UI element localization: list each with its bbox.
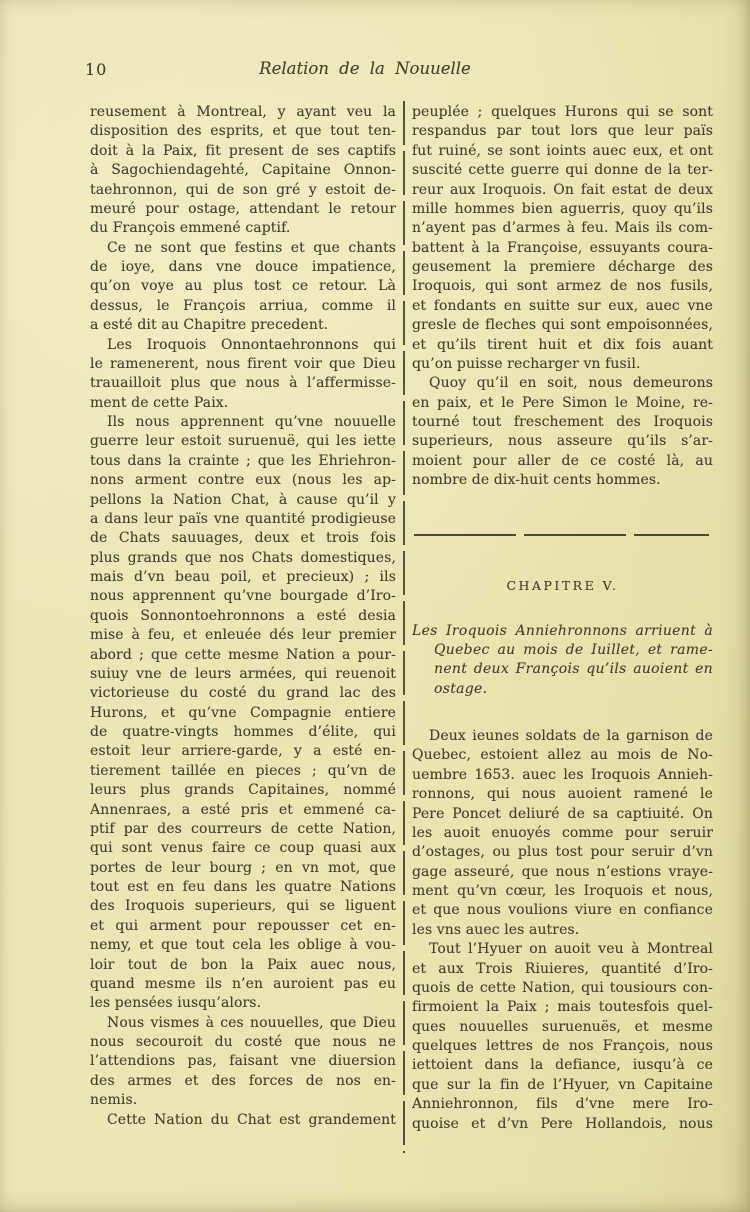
text-line: du François emmené captif. [90,219,396,238]
text-line: Les Iroquois Onnontaehronnons qui [90,336,396,355]
text-line: doit à la Paix, fit present de ses capti… [90,142,396,161]
text-line: tierement taillée en pieces ; qu’vn de [90,762,396,781]
text-line: mille hommes bien aguerris, quoy qu’ils [412,200,713,219]
text-line: tous dans la crainte ; que les Ehriehron… [90,452,396,471]
chapter-heading: Les Iroquois Anniehronnons arriuent àQue… [412,622,713,700]
text-line: Cette Nation du Chat est grandement [90,1111,396,1130]
right-column-top-text: peuplée ; quelques Hurons qui se sontres… [412,103,713,491]
text-line: ronnons, qui nous auoient ramené le [412,785,713,804]
text-line: Ils nous apprennent qu’vne nouuelle [90,413,396,432]
text-line: Iroquois, qui sont armez de nos fusils, [412,277,713,296]
text-line: à Sagochiendagehté, Capitaine Onnon- [90,161,396,180]
text-line: les vns auec les autres. [412,921,713,940]
text-line: victorieuse du costé du grand lac des [90,684,396,703]
text-line: qu’on voye au plus tost ce retour. Là [90,277,396,296]
text-line: Nous vismes à ces nouuelles, que Dieu [90,1014,396,1033]
text-line: les auoit enuoyés comme pour seruir [412,824,713,843]
text-line: gresle de fleches qui sont empoisonnées, [412,316,713,335]
text-line: ptif par des courreurs de cette Nation, [90,820,396,839]
text-line: fut ruiné, se sont ioints auec eux, et o… [412,142,713,161]
text-line: estoit leur arriere-garde, y a esté en- [90,742,396,761]
text-line: nous apprennent qu’vne bourgade d’Iro- [90,587,396,606]
right-column: peuplée ; quelques Hurons qui se sontres… [412,103,713,1134]
text-line: et qu’ils tirent huit et dix fois auant [412,336,713,355]
text-line: loir tout de bon la Paix auec nous, [90,956,396,975]
text-line: nombre de dix-huit cents hommes. [412,471,713,490]
text-line: Deux ieunes soldats de la garnison de [412,727,713,746]
text-line: Tout l’Hyuer on auoit veu à Montreal [412,940,713,959]
text-line: abord ; que cette mesme Nation a pour- [90,646,396,665]
text-line: ment qu’vn cœur, les Iroquois et nous, [412,882,713,901]
text-line: le ramenerent, nous firent voir que Dieu [90,355,396,374]
text-line: mais d’vn beau poil, et precieux) ; ils [90,568,396,587]
text-line: moient pour aller de ce costé là, au [412,452,713,471]
text-line: en paix, et le Pere Simon le Moine, re- [412,394,713,413]
text-line: et que nous voulions viure en confiance [412,901,713,920]
text-line: tourné tout freschement des Iroquois [412,413,713,432]
text-line: reusement à Montreal, y ayant veu la [90,103,396,122]
book-page-scan: 10 Relation de la Nouuelle reusement à M… [0,0,750,1212]
text-line: meuré pour ostage, attendant le retour [90,200,396,219]
text-line: gage asseuré, que nous n’estions vraye- [412,863,713,882]
column-divider-rule [403,101,405,1153]
chapter-label: CHAPITRE V. [412,578,713,593]
text-line: trauailloit plus que nous à l’affermisse… [90,374,396,393]
text-line: nemy, et que tout cela les oblige à vou- [90,936,396,955]
text-line: Les Iroquois Anniehronnons arriuent à [412,622,713,641]
text-line: et qui arment pour repousser cet en- [90,917,396,936]
text-line: quand mesme ils n’en auroient pas eu [90,975,396,994]
text-line: l’attendions pas, faisant vne diuersion [90,1052,396,1071]
text-line: firmoient la Paix ; mais toutesfois quel… [412,998,713,1017]
text-line: tout est en feu dans les quatre Nations [90,878,396,897]
text-line: uembre 1653. auec les Iroquois Annieh- [412,766,713,785]
text-line: ostage. [412,680,713,699]
text-line: que sur la fin de l’Hyuer, vn Capitaine [412,1076,713,1095]
text-line: mise à feu, et enleuée dés leur premier [90,626,396,645]
text-line: Quebec au mois de Iuillet, et rame- [412,641,713,660]
running-title: Relation de la Nouuelle [150,59,580,78]
text-line: dessus, le François arriua, comme il [90,297,396,316]
text-line: iettoient dans la defiance, iusqu’à ce [412,1056,713,1075]
text-line: Quebec, estoient allez au mois de No- [412,746,713,765]
text-line: qui sont venus faire ce coup quasi aux [90,839,396,858]
text-line: des Iroquois superieurs, qui se liguent [90,897,396,916]
text-line: suiuy vne de leurs armées, qui reuenoit [90,665,396,684]
text-line: superieurs, nous asseure qu’ils s’ar- [412,432,713,451]
text-line: leurs plus grands Capitaines, nommé [90,781,396,800]
text-line: reur aux Iroquois. On fait estat de deux [412,181,713,200]
text-line: nous secouroit du costé que nous ne [90,1033,396,1052]
text-line: n’ayent pas d’armes à feu. Mais ils com- [412,219,713,238]
text-line: battent à la Françoise, essuyants coura- [412,239,713,258]
text-line: quois Sonnontoehronnons a esté desia [90,607,396,626]
text-line: des armes et des forces de nos en- [90,1072,396,1091]
text-line: a dans leur païs vne quantité prodigieus… [90,510,396,529]
text-line: peuplée ; quelques Hurons qui se sont [412,103,713,122]
chapter-body-text: Deux ieunes soldats de la garnison deQue… [412,727,713,1134]
text-line: de quatre-vingts hommes d’élite, qui [90,723,396,742]
text-line: d’ostages, ou plus tost pour seruir d’vn [412,843,713,862]
text-line: suscité cette guerre qui donne de la ter… [412,161,713,180]
text-line: Anniehronnon, fils d’vne mere Iro- [412,1095,713,1114]
text-line: nemis. [90,1091,396,1110]
text-line: ment de cette Paix. [90,394,396,413]
left-column: reusement à Montreal, y ayant veu ladisp… [90,103,396,1130]
text-line: nent deux François qu’ils auoient en [412,660,713,679]
text-line: nons arment contre eux (nous les ap- [90,471,396,490]
section-separator-rule [414,534,709,536]
text-line: Annenraes, a esté pris et emmené ca- [90,801,396,820]
text-line: de Chats sauuages, deux et trois fois [90,529,396,548]
text-line: Quoy qu’il en soit, nous demeurons [412,374,713,393]
text-line: portes de leur bourg ; en vn mot, que [90,859,396,878]
text-line: quoise et d’vn Pere Hollandois, nous [412,1115,713,1134]
text-line: et aux Trois Riuieres, quantité d’Iro- [412,960,713,979]
text-line: quelques lettres de nos François, nous [412,1037,713,1056]
text-line: les pensées iusqu’alors. [90,994,396,1013]
page-number: 10 [85,60,107,79]
text-line: de ioye, dans vne douce impatience, [90,258,396,277]
text-line: disposition des esprits, et que tout ten… [90,122,396,141]
text-line: quois de cette Nation, qui tousiours con… [412,979,713,998]
text-line: qu’on puisse recharger vn fusil. [412,355,713,374]
text-line: respandus par tout lors que leur païs [412,122,713,141]
text-line: a esté dit au Chapitre precedent. [90,316,396,335]
text-line: Pere Poncet deliuré de sa captiuité. On [412,805,713,824]
text-line: Ce ne sont que festins et que chants [90,239,396,258]
text-line: plus grands que nos Chats domestiques, [90,549,396,568]
text-line: taehronnon, qui de son gré y estoit de- [90,181,396,200]
text-line: guerre leur estoit suruenuë, qui les iet… [90,432,396,451]
text-line: Hurons, et qu’vne Compagnie entiere [90,704,396,723]
text-line: geusement la premiere décharge des [412,258,713,277]
text-line: et fondants en suitte sur eux, auec vne [412,297,713,316]
text-line: ques nouuelles suruenuës, et mesme [412,1018,713,1037]
text-line: pellons la Nation Chat, à cause qu’il y [90,491,396,510]
